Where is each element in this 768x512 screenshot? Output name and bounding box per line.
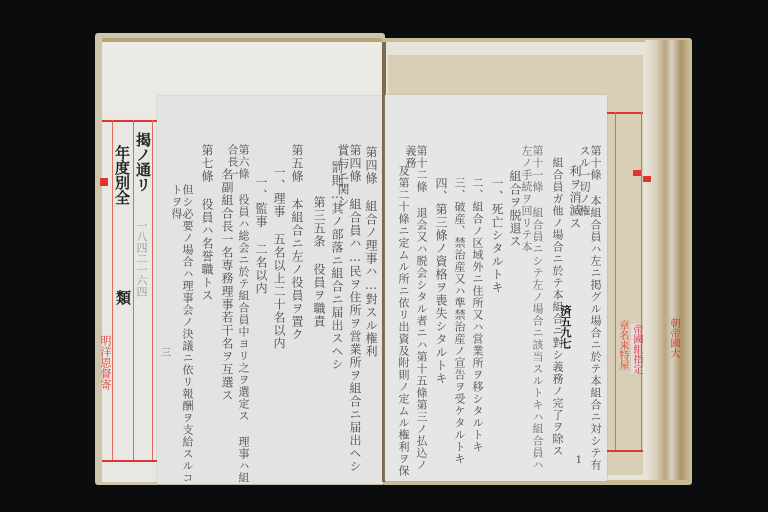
left-col-10: 第七條 役員ハ名誉職トス — [201, 144, 213, 302]
left-col-11: 但シ必要ノ場合ハ理事会ノ決議ニ依リ報酬ヲ支給スルコトヲ得 — [171, 184, 193, 484]
index-sub-char: 類 — [115, 290, 130, 305]
right-red-rule-v1 — [615, 112, 616, 450]
left-col-1: 第四條 組合ノ理事ハ…對スル権利 — [365, 146, 377, 358]
left-col-9: 名副組合長一名専務理事若干名ヲ互選ス — [221, 168, 233, 402]
left-col-4: 第三五条 役員ヲ職責 — [313, 196, 325, 328]
right-col-6: 一、死亡シタルトキ — [491, 177, 503, 294]
right-col-9: 四、第三條ノ資格ヲ喪失シタルトキ — [435, 177, 447, 385]
right-red-tab-2 — [643, 176, 651, 182]
right-page: 第十條 本組合員ハ左ニ掲グル場合ニ於テ本組合ニ対シテ有スル一切ノ権 利ヲ消滅ス … — [385, 95, 607, 481]
right-ruled-area: 章名来特屋 帝國組指定 — [607, 112, 645, 456]
red-tab-mark — [100, 178, 108, 186]
left-col-7: 一、監事 二名以内 — [255, 176, 267, 295]
right-col-8: 三、破産、禁治産又ハ準禁治産ノ宣告ヲ受ケタルトキ — [454, 177, 465, 465]
left-col-3: 罰則…其ノ部落ニ組合ニ届出スヘシ — [331, 161, 343, 371]
right-red-rule-v2 — [641, 112, 642, 450]
left-page: 第四條 組合ノ理事ハ…對スル権利 第四條 組合員ハ…民ヲ住所ヲ営業所ヲ組合ニ届出… — [157, 96, 383, 484]
index-strip: 揭ノ通リ 年度別全 一八四二一六四 類 明洋恩督寄 — [102, 120, 157, 482]
ink-stamp: 済五九七 — [560, 305, 571, 349]
edge-red-text-c: 朝帝國大 — [668, 318, 678, 358]
index-title-2: 年度別全 — [114, 145, 129, 205]
right-red-text-b: 帝國組指定 — [631, 324, 641, 374]
index-title-1: 揭ノ通リ — [135, 132, 150, 192]
right-col-4: 第十一條 組合員ニシテ左ノ場合ニ該当スルトキハ組合員ハ左ノ手続ヲ回リテ本 — [521, 145, 543, 481]
right-page-mark: 1 — [576, 455, 583, 466]
right-red-rule-top — [607, 112, 643, 114]
right-red-text-a: 章名来特屋 — [617, 320, 627, 370]
right-col-7: 二、組合ノ区域外ニ住所又ハ営業所ヲ移シタルトキ — [472, 177, 483, 453]
right-red-tab-1 — [633, 170, 641, 176]
index-red-text: 明洋恩督寄 — [100, 335, 111, 390]
right-col-5: 組合ヲ脱退ス — [509, 170, 521, 248]
index-faint-column: 一八四二一六四 — [136, 220, 147, 297]
right-col-11: 及第二十條ニ定ムル所ニ依リ出資及附則ノ定ムル権利ヲ保 — [398, 165, 409, 477]
right-red-rule-bottom — [607, 450, 643, 452]
right-col-1: 第十條 本組合員ハ左ニ掲グル場合ニ於テ本組合ニ対シテ有スル一切ノ権 — [579, 145, 601, 481]
left-margin-mark: 三 — [161, 344, 172, 359]
red-rule-bottom — [102, 460, 157, 462]
left-col-6: 一、理事 五名以上二十名以内 — [273, 166, 285, 350]
right-col-2: 利ヲ消滅ス — [569, 165, 581, 230]
left-col-5: 第五條 本組合ニ左ノ役員ヲ置ク — [291, 144, 303, 341]
red-rule-v3 — [152, 120, 153, 460]
red-rule-top — [102, 120, 157, 122]
page-edges-stack — [645, 40, 690, 480]
